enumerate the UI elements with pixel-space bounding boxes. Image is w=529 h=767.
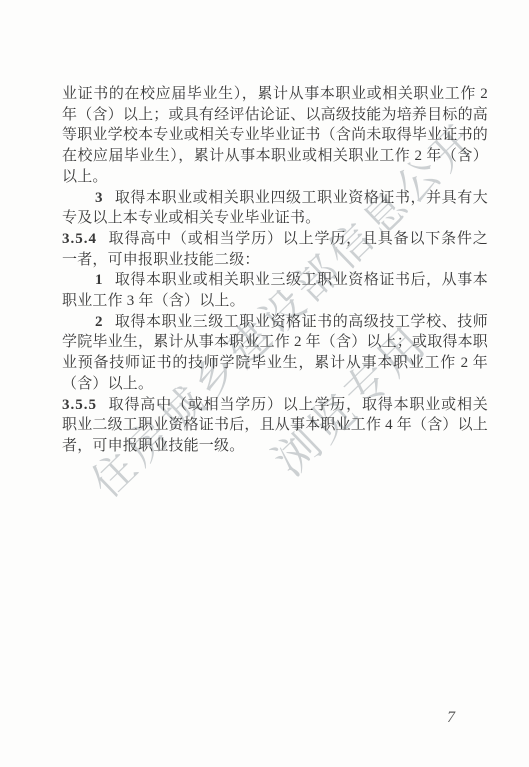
clause-number: 2	[95, 314, 104, 330]
text-line: 业预备技师证书的技师学院毕业生，累计从事本职业工作 2 年	[62, 353, 488, 374]
text-line: 职业二级工职业资格证书后，且从事本职业工作 4 年（含）以上	[62, 415, 488, 436]
text-line: 3.5.4取得高中（或相当学历）以上学历，且具备以下条件之	[62, 229, 488, 250]
page-number: 7	[447, 709, 455, 727]
line-text: 取得本职业或相关职业四级工职业资格证书，并具有大	[115, 190, 489, 206]
clause-number: 3.5.4	[62, 231, 97, 247]
text-line: 3.5.5取得高中（或相当学历）以上学历，取得本职业或相关	[62, 395, 488, 416]
line-text: 学院毕业生，累计从事本职业工作 2 年（含）以上；或取得本职	[62, 334, 488, 350]
line-text: 取得本职业三级工职业资格证书的高级技工学校、技师	[115, 314, 489, 330]
clause-number: 1	[95, 272, 104, 288]
text-block: 业证书的在校应届毕业生），累计从事本职业或相关职业工作 2年（含）以上；或具有经…	[62, 84, 488, 457]
line-text: 职业二级工职业资格证书后，且从事本职业工作 4 年（含）以上	[62, 417, 488, 433]
line-text: 以上。	[62, 169, 108, 185]
text-line: 1取得本职业或相关职业三级工职业资格证书后，从事本	[62, 270, 488, 291]
text-line: 2取得本职业三级工职业资格证书的高级技工学校、技师	[62, 312, 488, 333]
document-page: 住房城乡建设部信息公开浏览专用 业证书的在校应届毕业生），累计从事本职业或相关职…	[0, 0, 529, 767]
line-text: 等职业学校本专业或相关专业毕业证书（含尚未取得毕业证书的	[62, 127, 488, 143]
line-text: 职业工作 3 年（含）以上。	[62, 293, 245, 309]
text-line: 3取得本职业或相关职业四级工职业资格证书，并具有大	[62, 188, 488, 209]
text-line: 专及以上本专业或相关专业毕业证书。	[62, 208, 488, 229]
clause-number: 3.5.5	[62, 397, 97, 413]
line-text: 在校应届毕业生），累计从事本职业或相关职业工作 2 年（含）	[62, 148, 488, 164]
clause-number: 3	[95, 190, 104, 206]
text-line: 以上。	[62, 167, 488, 188]
line-text: 取得本职业或相关职业三级工职业资格证书后，从事本	[115, 272, 489, 288]
text-line: 一者，可申报职业技能二级：	[62, 250, 488, 271]
line-text: 一者，可申报职业技能二级：	[62, 252, 260, 268]
text-line: 业证书的在校应届毕业生），累计从事本职业或相关职业工作 2	[62, 84, 488, 105]
line-text: 年（含）以上；或具有经评估论证、以高级技能为培养目标的高	[62, 107, 488, 123]
line-text: 专及以上本专业或相关专业毕业证书。	[62, 210, 320, 226]
text-line: 在校应届毕业生），累计从事本职业或相关职业工作 2 年（含）	[62, 146, 488, 167]
text-line: （含）以上。	[62, 374, 488, 395]
text-line: 者，可申报职业技能一级。	[62, 436, 488, 457]
line-text: 取得高中（或相当学历）以上学历，且具备以下条件之	[108, 231, 488, 247]
line-text: 业预备技师证书的技师学院毕业生，累计从事本职业工作 2 年	[62, 355, 488, 371]
text-line: 学院毕业生，累计从事本职业工作 2 年（含）以上；或取得本职	[62, 332, 488, 353]
line-text: 者，可申报职业技能一级。	[62, 438, 244, 454]
text-line: 年（含）以上；或具有经评估论证、以高级技能为培养目标的高	[62, 105, 488, 126]
text-line: 职业工作 3 年（含）以上。	[62, 291, 488, 312]
line-text: 取得高中（或相当学历）以上学历，取得本职业或相关	[108, 397, 488, 413]
text-line: 等职业学校本专业或相关专业毕业证书（含尚未取得毕业证书的	[62, 125, 488, 146]
line-text: 业证书的在校应届毕业生），累计从事本职业或相关职业工作 2	[62, 86, 488, 102]
line-text: （含）以上。	[62, 376, 153, 392]
